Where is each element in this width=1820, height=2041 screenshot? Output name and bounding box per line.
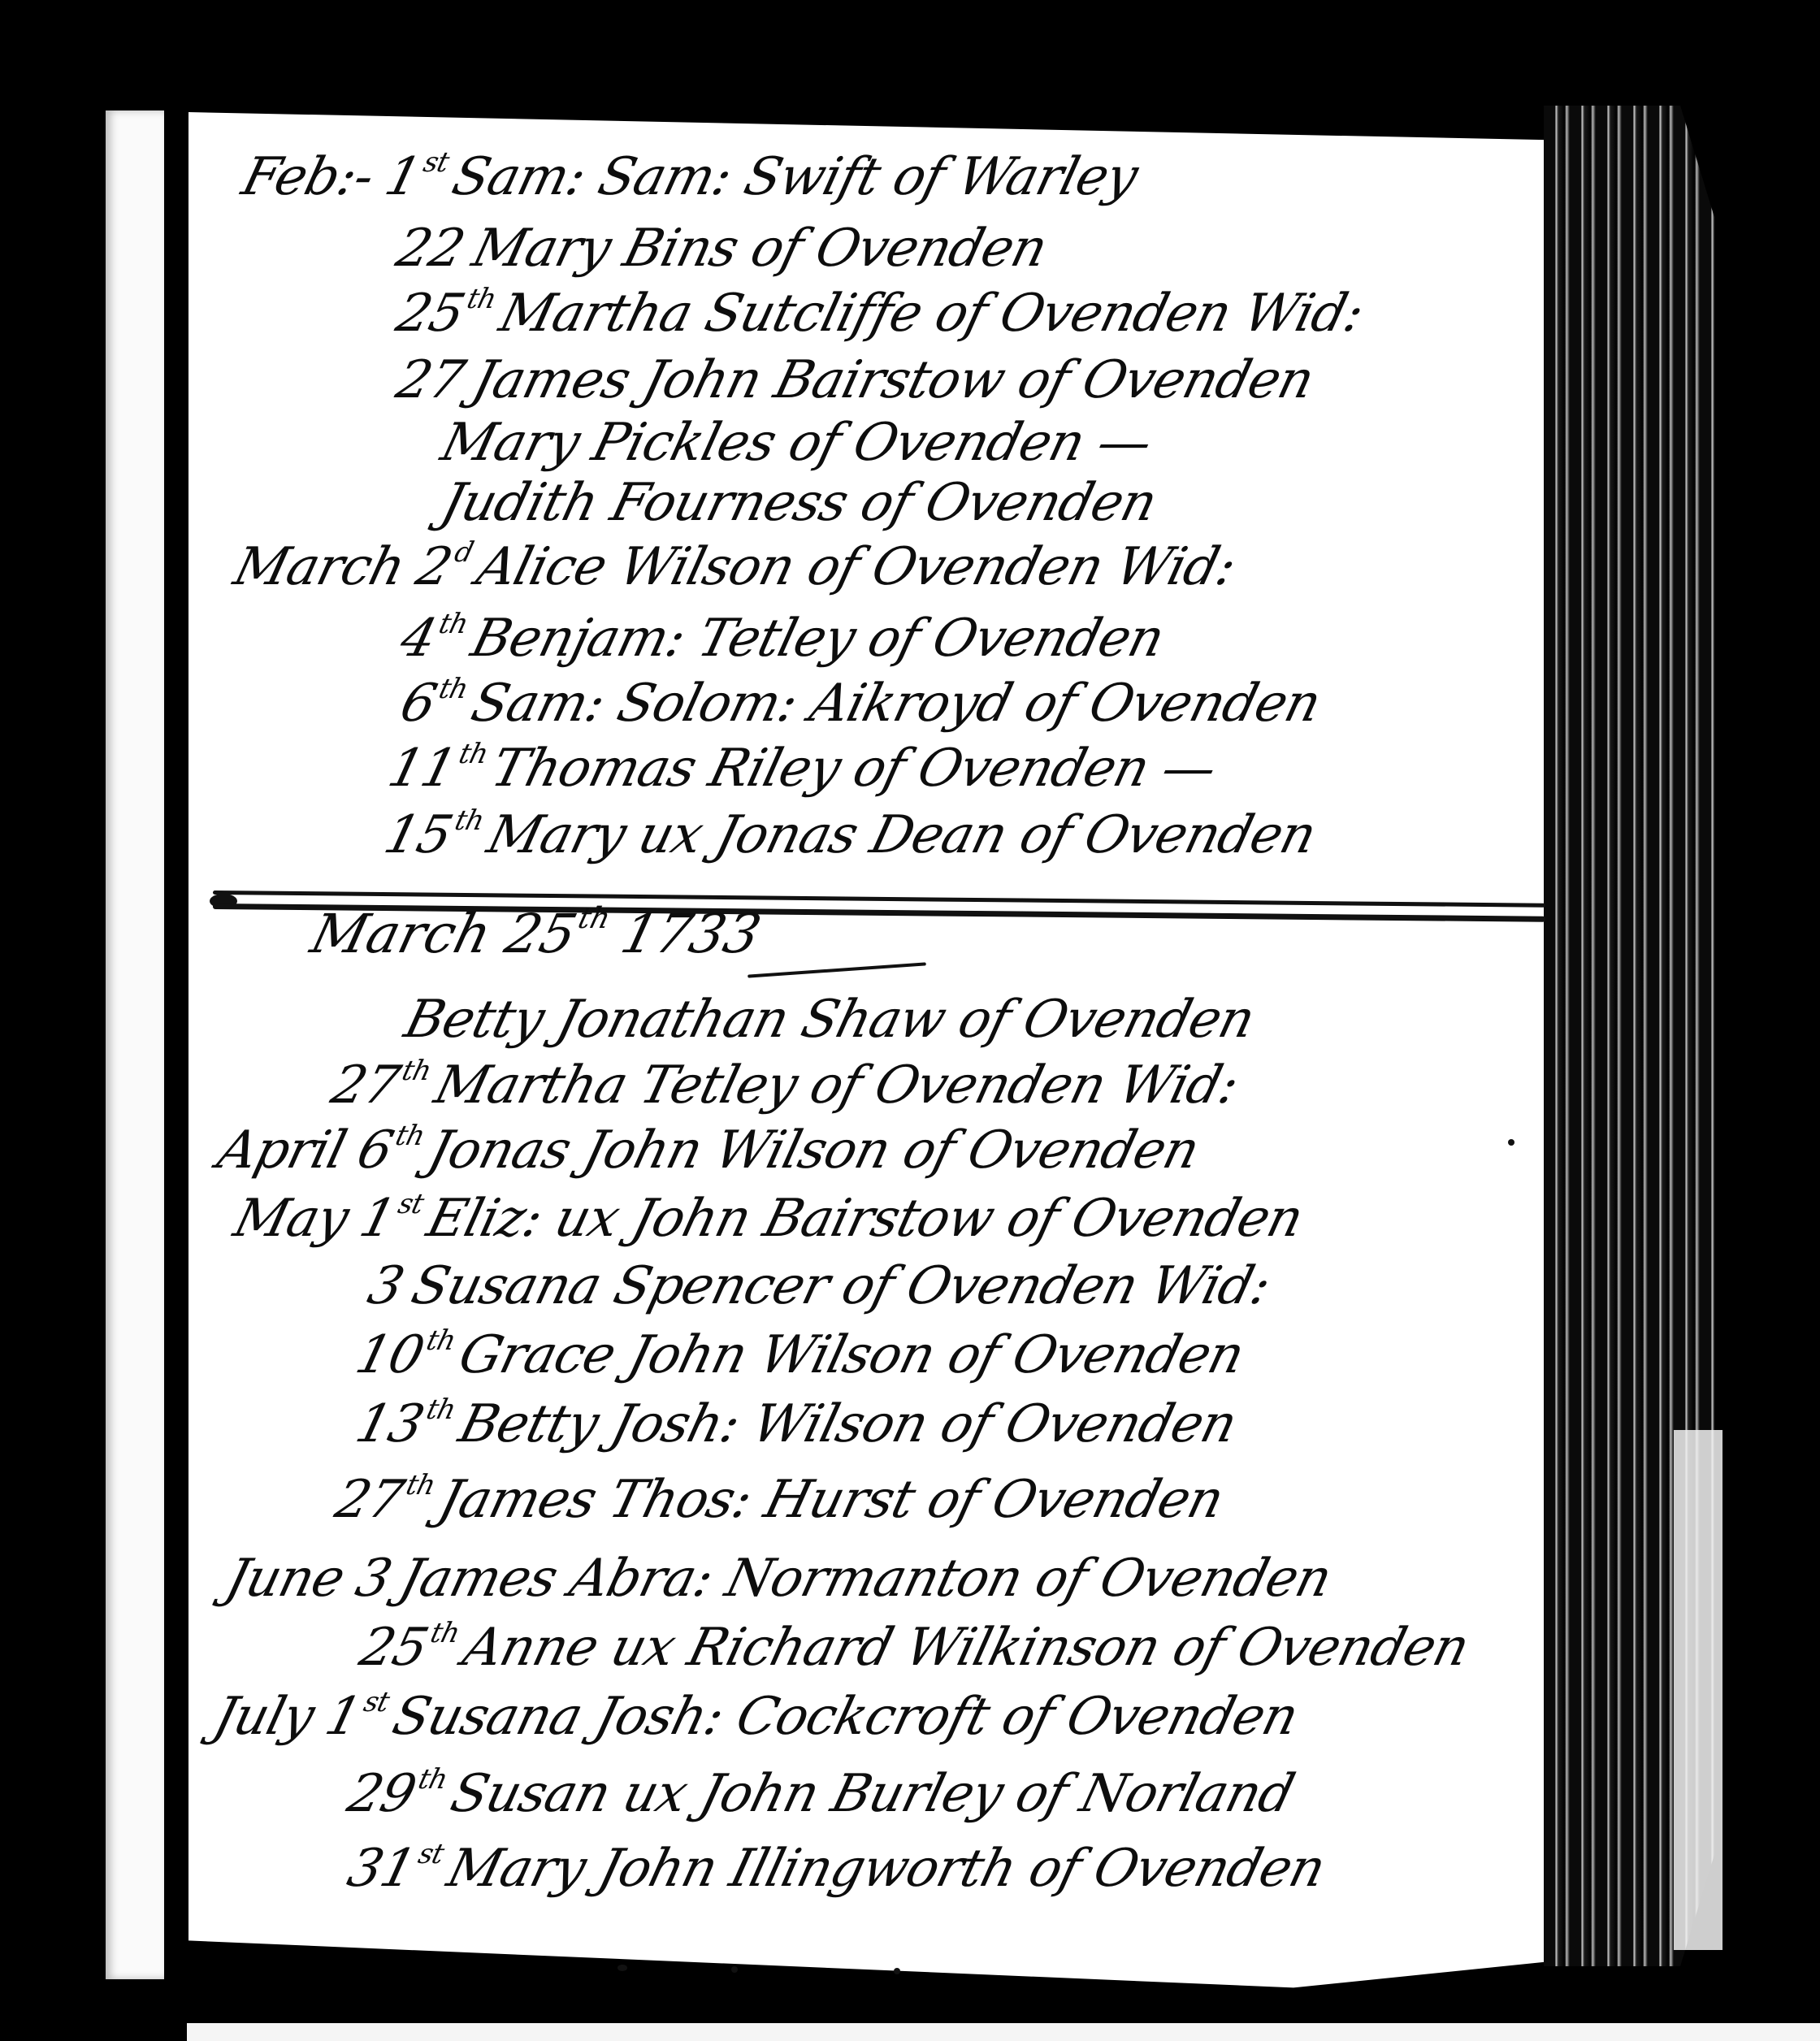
entry-day: 22: [391, 218, 472, 279]
entry-row: June3James Abra: Normanton of Ovenden: [220, 1548, 1337, 1609]
entry-name: Susan ux John Burley of Norland: [445, 1764, 1300, 1824]
entry-name: Mary ux Jonas Dean of Ovenden: [482, 805, 1322, 865]
entry-day: 6th: [395, 673, 471, 734]
entry-day: 3: [350, 1548, 399, 1609]
entry-name: James Thos: Hurst of Ovenden: [433, 1470, 1229, 1530]
entry-name: Benjam: Tetley of Ovenden: [466, 609, 1170, 669]
entry-month: April: [212, 1120, 352, 1181]
entry-name: Mary Bins of Ovenden: [466, 219, 1052, 279]
entry-month: May: [228, 1189, 354, 1249]
entry-day: 1st: [319, 1686, 392, 1747]
entry-day: 11th: [383, 738, 492, 799]
entry-name: Eliz: ux John Bairstow of Ovenden: [421, 1189, 1308, 1249]
entry-day: 25th: [391, 283, 500, 344]
register-entries: Feb:-1stSam: Sam: Swift of Warley 22Mary…: [0, 0, 1820, 2041]
entry-row: 27thJames Thos: Hurst of Ovenden: [330, 1469, 1229, 1530]
entry-day: 27: [391, 349, 472, 410]
entry-row: 10thGrace John Wilson of Ovenden: [350, 1324, 1250, 1385]
entry-row: 6thSam: Solom: Aikroyd of Ovenden: [395, 673, 1327, 734]
entry-row: 22Mary Bins of Ovenden: [391, 218, 1053, 279]
entry-day: 27th: [330, 1469, 439, 1530]
entry-name: Mary John Illingworth of Ovenden: [441, 1839, 1331, 1899]
entry-row: May1stEliz: ux John Bairstow of Ovenden: [228, 1188, 1309, 1249]
entry-name: Betty Josh: Wilson of Ovenden: [453, 1394, 1242, 1454]
entry-row: 13thBetty Josh: Wilson of Ovenden: [350, 1393, 1243, 1454]
entry-row: 15thMary ux Jonas Dean of Ovenden: [379, 804, 1322, 865]
entry-day: 29th: [342, 1763, 451, 1824]
ink-speck: [617, 1965, 627, 1971]
entry-row: 29thSusan ux John Burley of Norland: [342, 1763, 1300, 1824]
entry-name: James Abra: Normanton of Ovenden: [393, 1549, 1337, 1609]
entry-day: 31st: [342, 1838, 447, 1899]
entry-row: 31stMary John Illingworth of Ovenden: [342, 1838, 1331, 1899]
entry-row: 27James John Bairstow of Ovenden: [391, 349, 1319, 410]
entry-month: March: [228, 537, 411, 597]
entry-row: July1stSusana Josh: Cockcroft of Ovenden: [208, 1686, 1304, 1747]
heading-day: 25: [499, 903, 583, 965]
entry-row: March2dAlice Wilson of Ovenden Wid:: [228, 536, 1242, 597]
entry-name: Jonas John Wilson of Ovenden: [422, 1120, 1205, 1181]
entry-name: Sam: Solom: Aikroyd of Ovenden: [466, 674, 1326, 734]
entry-row: April6thJonas John Wilson of Ovenden: [212, 1120, 1205, 1181]
entry-month: Feb:-: [236, 147, 379, 207]
entry-name: Susana Josh: Cockcroft of Ovenden: [387, 1687, 1304, 1747]
entry-day: 15th: [379, 804, 487, 865]
section-date-heading: March 25th 1733: [305, 902, 767, 965]
entry-row: 25thAnne ux Richard Wilkinson of Ovenden: [354, 1617, 1475, 1678]
ink-speck: [1508, 1139, 1514, 1146]
entry-name: Susana Spencer of Ovenden Wid:: [405, 1256, 1276, 1316]
entry-row: 27thMartha Tetley of Ovenden Wid:: [326, 1055, 1245, 1116]
entry-name: Martha Sutcliffe of Ovenden Wid:: [494, 284, 1370, 344]
entry-day: 25th: [354, 1617, 463, 1678]
year-underline: [747, 962, 926, 977]
ink-speck: [894, 1968, 900, 1974]
entry-name: Martha Tetley of Ovenden Wid:: [429, 1055, 1245, 1116]
entry-row: 4thBenjam: Tetley of Ovenden: [395, 608, 1170, 669]
entry-day: 4th: [395, 608, 471, 669]
entry-row: Betty Jonathan Shaw of Ovenden: [399, 990, 1260, 1050]
entry-name: Mary Pickles of Ovenden —: [435, 413, 1158, 473]
entry-name: James John Bairstow of Ovenden: [466, 350, 1319, 410]
entry-row: 11thThomas Riley of Ovenden —: [383, 738, 1222, 799]
entry-month: July: [208, 1687, 320, 1747]
entry-day: 1st: [379, 146, 453, 207]
entry-name: Grace John Wilson of Ovenden: [453, 1325, 1250, 1385]
entry-month: June: [220, 1549, 350, 1609]
entry-day: 1st: [353, 1188, 427, 1249]
entry-day: 27th: [326, 1055, 435, 1116]
entry-name: Betty Jonathan Shaw of Ovenden: [399, 990, 1260, 1050]
entry-row: Judith Fourness of Ovenden: [435, 473, 1163, 533]
entry-row: Feb:-1stSam: Sam: Swift of Warley: [236, 146, 1144, 207]
entry-name: Judith Fourness of Ovenden: [435, 473, 1163, 533]
entry-row: Mary Pickles of Ovenden —: [435, 413, 1158, 473]
entry-name: Thomas Riley of Ovenden —: [486, 739, 1222, 799]
entry-name: Sam: Sam: Swift of Warley: [446, 147, 1143, 207]
entry-name: Alice Wilson of Ovenden Wid:: [470, 537, 1241, 597]
entry-day: 10th: [350, 1324, 459, 1385]
heading-year: 1733: [615, 903, 767, 965]
entry-day: 2d: [410, 536, 476, 597]
heading-month: March: [305, 903, 497, 965]
entry-day: 6th: [351, 1120, 427, 1181]
entry-row: 25thMartha Sutcliffe of Ovenden Wid:: [391, 283, 1370, 344]
ink-speck: [731, 1966, 738, 1973]
entry-name: Anne ux Richard Wilkinson of Ovenden: [457, 1618, 1475, 1678]
entry-day: 3: [362, 1255, 411, 1316]
entry-row: 3Susana Spencer of Ovenden Wid:: [362, 1255, 1276, 1316]
entry-day: 13th: [350, 1393, 459, 1454]
